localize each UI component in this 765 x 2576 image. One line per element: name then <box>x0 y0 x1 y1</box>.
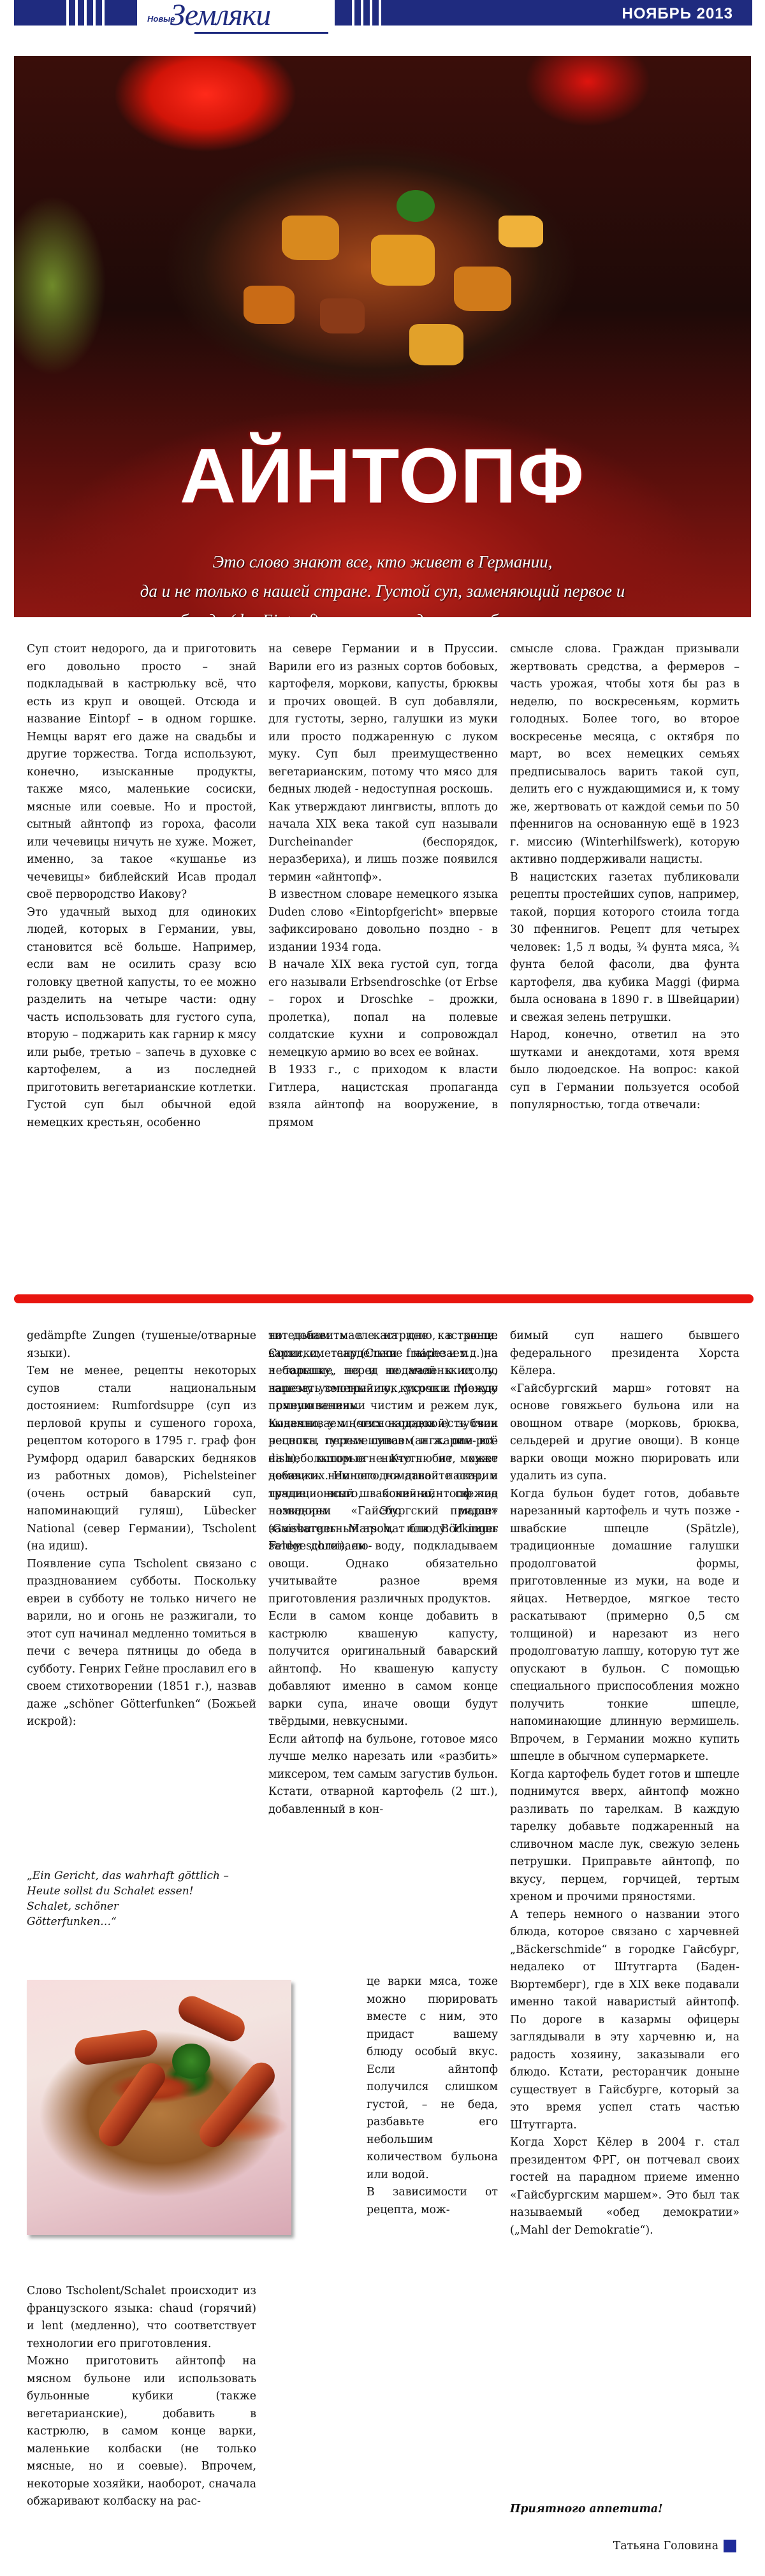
newspaper-logo: Новые Земляки <box>137 0 335 40</box>
logo-title: Земляки <box>170 0 270 33</box>
sign-off: Приятного аппетита! <box>510 2503 739 2515</box>
end-of-article-square-icon <box>724 2540 736 2552</box>
paragraph: В известном словаре немецкого языка Dude… <box>268 886 498 956</box>
paragraph: В 1933 г., с приходом к власти Гитлера, … <box>268 1062 498 1132</box>
paragraph: В нацистских газетах публиковали рецепты… <box>510 869 739 1027</box>
paragraph: Если айтопф на бульоне, готовое мясо луч… <box>268 1731 498 1819</box>
paragraph: Конечно, у многих народов есть свои реце… <box>268 1416 498 1556</box>
author-byline: Татьяна Головина <box>613 2540 736 2552</box>
hero-photo: АЙНТОПФ Это слово знают все, кто живет в… <box>14 56 751 617</box>
paragraph: Как утверждают лингвисты, вплоть до нача… <box>268 799 498 887</box>
article-title: АЙНТОПФ <box>14 431 751 520</box>
paragraph: Появление супа Tscholent связано с празд… <box>27 1556 256 1731</box>
paragraph: Если в самом конце добавить в кастрюлю к… <box>268 1608 498 1731</box>
paragraph: на севере Германии и в Пруссии. Варили е… <box>268 641 498 799</box>
masthead: НОЯБРЬ 2013 <box>14 0 752 26</box>
section-divider <box>14 1294 754 1303</box>
paragraph: Это удачный выход для одиноких людей, ко… <box>27 904 256 1097</box>
issue-date: НОЯБРЬ 2013 <box>622 5 734 23</box>
paragraph: В зависимости от рецепта, мож- <box>367 2184 498 2219</box>
quote-line: Heute sollst du Schalet essen! <box>27 1884 256 1899</box>
column-1: Суп стоит недорого, да и приготовить его… <box>27 641 256 1132</box>
lead-line: второе блюдо (der Eintopf), как утвержда… <box>40 606 725 617</box>
column-3: бимый суп нашего бывшего федерального пр… <box>510 1328 739 2239</box>
paragraph: А теперь немного о названии этого блюда,… <box>510 1906 739 2135</box>
paragraph: це варки мяса, тоже можно пюрировать вме… <box>367 1973 498 2184</box>
author-name: Татьяна Головина <box>613 2540 718 2552</box>
paragraph: Суп стоит недорого, да и приготовить его… <box>27 641 256 904</box>
column-2-lower: но добавить в кастрюлю, в конце варки, с… <box>268 1328 498 1556</box>
column-2-wrap-text: це варки мяса, тоже можно пюрировать вме… <box>367 1973 498 2219</box>
paragraph: Густой суп был обычной едой немецких кре… <box>27 1097 256 1132</box>
column-1-lower: Слово Tscholent/Schalet происходит из фр… <box>27 2283 256 2511</box>
paragraph: Тем не менее, рецепты некоторых супов ст… <box>27 1363 256 1556</box>
masthead-decor-bars-left <box>66 0 105 26</box>
paragraph: бимый суп нашего бывшего федерального пр… <box>510 1328 739 1380</box>
quote-line: „Ein Gericht, das wahrhaft göttlich – <box>27 1868 256 1884</box>
column-3: смысле слова. Граждан призывали жертвова… <box>510 641 739 1115</box>
lead-line: Это слово знают все, кто живет в Германи… <box>40 547 725 576</box>
quote-line: Schalet, schöner <box>27 1899 256 1914</box>
paragraph: Можно приготовить айнтопф на мясном буль… <box>27 2353 256 2511</box>
paragraph: смысле слова. Граждан призывали жертвова… <box>510 641 739 869</box>
quote-line: Götterfunken…“ <box>27 1914 256 1929</box>
logo-underline <box>194 32 328 34</box>
paragraph: Когда картофель будет готов и шпецле под… <box>510 1766 739 1906</box>
paragraph: «Гайсбургский марш» готовят на основе го… <box>510 1380 739 1486</box>
column-2: на севере Германии и в Пруссии. Варили е… <box>268 641 498 1132</box>
article-lead: Это слово знают все, кто живет в Германи… <box>40 547 725 617</box>
heine-quote: „Ein Gericht, das wahrhaft göttlich – He… <box>27 1868 256 1929</box>
paragraph: Народ, конечно, ответил на это шутками и… <box>510 1027 739 1115</box>
stew-photo <box>27 1980 291 2235</box>
paragraph: Когда бульон будет готов, добавьте нарез… <box>510 1486 739 1766</box>
paragraph: В начале XIX века густой суп, тогда его … <box>268 956 498 1062</box>
paragraph: Слово Tscholent/Schalet происходит из фр… <box>27 2283 256 2353</box>
column-1-upper: gedämpfte Zungen (тушеные/отварные языки… <box>27 1328 256 1731</box>
paragraph: gedämpfte Zungen (тушеные/отварные языки… <box>27 1328 256 1363</box>
masthead-decor-bars-right <box>352 0 381 26</box>
lead-line: да и не только в нашей стране. Густой су… <box>40 576 725 606</box>
paragraph: но добавить в кастрюлю, в конце варки, с… <box>268 1328 498 1416</box>
paragraph: Когда Хорст Кёлер в 2004 г. стал президе… <box>510 2134 739 2239</box>
